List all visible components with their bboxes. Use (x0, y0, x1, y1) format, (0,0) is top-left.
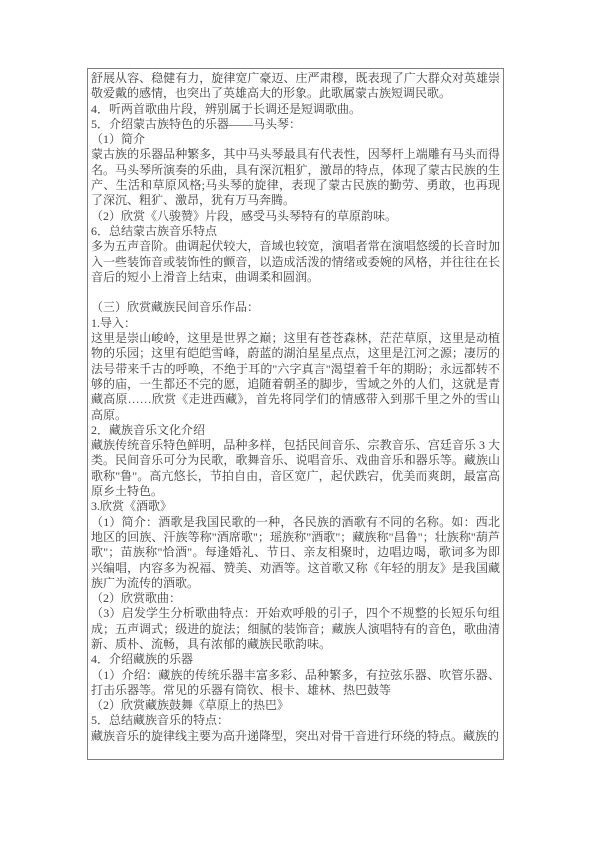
lesson-plan-table-cell: 舒展从容、稳健有力，旋律宽广豪迈、庄严肃穆，既表现了广大群众对英雄崇敬爱戴的感情… (87, 68, 504, 760)
paragraph: （1）介绍：藏族的传统乐器丰富多彩、品种繁多，有拉弦乐器、吹管乐器、打击乐器等。… (91, 668, 500, 699)
paragraph: （2）欣赏歌曲： (91, 591, 500, 606)
paragraph: （1）简介：酒歌是我国民歌的一种，各民族的酒歌有不同的名称。如：西北地区的回族、… (91, 515, 500, 591)
paragraph: 5．介绍蒙古族特色的乐器——马头琴： (91, 117, 500, 132)
paragraph: 舒展从容、稳健有力，旋律宽广豪迈、庄严肃穆，既表现了广大群众对英雄崇敬爱戴的感情… (91, 71, 500, 102)
paragraph: 6．总结蒙古族音乐特点 (91, 224, 500, 239)
paragraph: 1.导入： (91, 316, 500, 331)
paragraph: 2．藏族音乐文化介绍 (91, 423, 500, 438)
paragraph: 蒙古族的乐器品种繁多，其中马头琴最具有代表性，因琴杆上端雕有马头而得名。马头琴所… (91, 147, 500, 208)
document-page: 舒展从容、稳健有力，旋律宽广豪迈、庄严肃穆，既表现了广大群众对英雄崇敬爱戴的感情… (0, 0, 595, 842)
paragraph: （3）启发学生分析歌曲特点：开始欢呼般的引子，四个不规整的长短乐句组成；五声调式… (91, 606, 500, 652)
paragraph: 3.欣赏《酒歌》 (91, 499, 500, 514)
blank-line (91, 285, 500, 300)
paragraph: （三）欣赏藏族民间音乐作品： (91, 300, 500, 315)
paragraph: （2）欣赏《八骏赞》片段，感受马头琴特有的草原韵味。 (91, 209, 500, 224)
paragraph: 5．总结藏族音乐的特点： (91, 713, 500, 728)
paragraph: 4．介绍藏族的乐器 (91, 652, 500, 667)
paragraph: 藏族传统音乐特色鲜明，品种多样，包括民间音乐、宗教音乐、宫廷音乐 3 大类。民间… (91, 438, 500, 499)
paragraph: （1）简介 (91, 132, 500, 147)
paragraph: 这里是崇山峻岭，这里是世界之巅；这里有苍苍森林，茫茫草原，这里是动植物的乐园；这… (91, 331, 500, 423)
paragraph: 4．听两首歌曲片段，辨别属于长调还是短调歌曲。 (91, 102, 500, 117)
paragraph: （2）欣赏藏族鼓舞《草原上的热巴》 (91, 698, 500, 713)
document-body: 舒展从容、稳健有力，旋律宽广豪迈、庄严肃穆，既表现了广大群众对英雄崇敬爱戴的感情… (91, 71, 500, 744)
paragraph: 多为五声音阶。曲调起伏较大，音域也较宽，演唱者常在演唱悠缓的长音时加入一些装饰音… (91, 239, 500, 285)
paragraph: 藏族音乐的旋律线主要为高升递降型，突出对骨干音进行环绕的特点。藏族的 (91, 729, 500, 744)
